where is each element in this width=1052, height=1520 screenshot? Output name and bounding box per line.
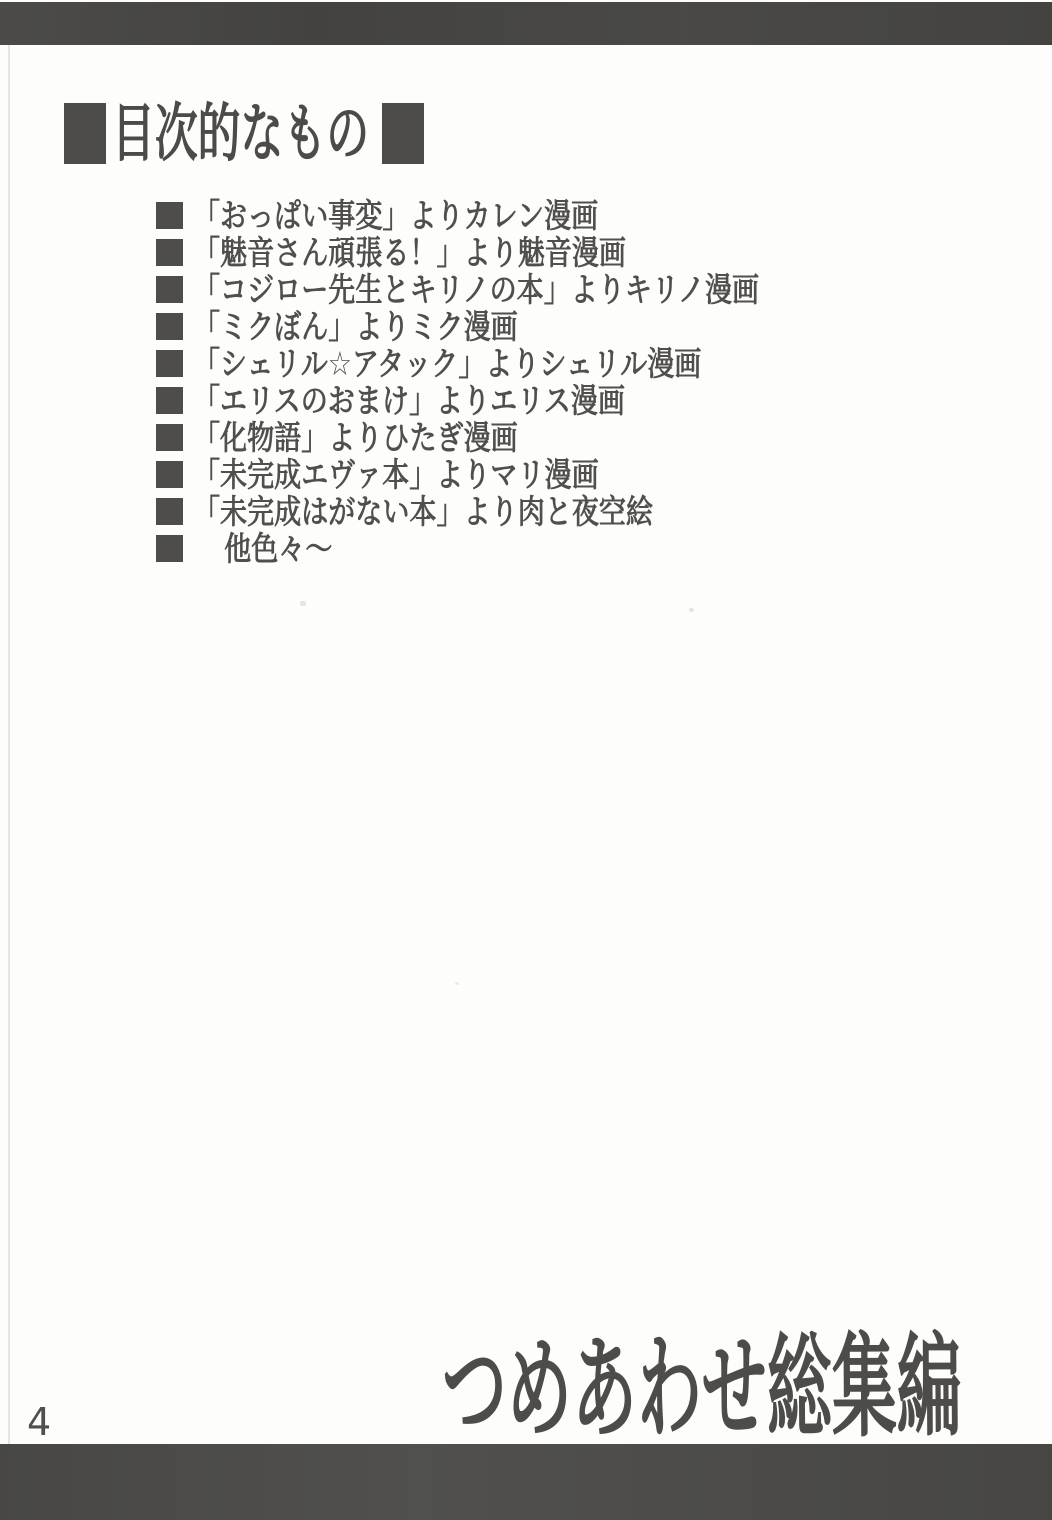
toc-item: 「未完成エヴァ本」よりマリ漫画 [156,457,883,494]
bullet-square-icon [156,498,183,525]
toc-item: 「おっぱい事変」よりカレン漫画 [156,198,883,235]
toc-item-label: 「未完成はがない本」より肉と夜空絵 [193,494,653,530]
scan-artifact-speck [689,608,694,612]
toc-item-label: 「魅音さん頑張る！」より魅音漫画 [193,235,626,271]
page-heading: 目次的なもの [64,103,424,164]
scan-artifact-speck [455,982,459,985]
toc-item-label: 「シェリル☆アタック」よりシェリル漫画 [193,346,701,382]
page-title: 目次的なもの [112,103,369,164]
bullet-square-icon [156,239,183,266]
toc-item: 「エリスのおまけ」よりエリス漫画 [156,383,883,420]
bullet-square-icon [156,461,183,488]
bullet-square-icon [156,424,183,451]
toc-item-label: 「ミクぼん」よりミク漫画 [193,309,518,345]
scan-border-bottom [0,1444,1052,1520]
scan-edge-line [8,45,10,1444]
heading-text-wrap: 目次的なもの [112,103,376,164]
heading-square-right-icon [382,103,424,164]
heading-square-left-icon [64,103,106,164]
toc-item-label: 「コジロー先生とキリノの本」よりキリノ漫画 [193,272,759,308]
toc-item-label: 「未完成エヴァ本」よりマリ漫画 [193,457,599,493]
volume-title: つめあわせ総集編 [442,1332,962,1446]
bullet-square-icon [156,535,183,562]
toc-item-label: 他色々～ [193,531,332,567]
toc-item-label: 「エリスのおまけ」よりエリス漫画 [193,383,625,419]
bullet-square-icon [156,387,183,414]
toc-item: 「未完成はがない本」より肉と夜空絵 [156,494,883,531]
toc-item: 他色々～ [156,531,883,568]
bullet-square-icon [156,350,183,377]
bullet-square-icon [156,313,183,340]
toc-item: 「コジロー先生とキリノの本」よりキリノ漫画 [156,272,883,309]
toc-item: 「シェリル☆アタック」よりシェリル漫画 [156,346,883,383]
table-of-contents: 「おっぱい事変」よりカレン漫画 「魅音さん頑張る！」より魅音漫画 「コジロー先生… [156,198,883,568]
page-number: 4 [27,1402,51,1442]
toc-item: 「ミクぼん」よりミク漫画 [156,309,883,346]
toc-item: 「化物語」よりひたぎ漫画 [156,420,883,457]
toc-item-label: 「化物語」よりひたぎ漫画 [193,420,518,456]
scan-artifact-speck [300,601,306,606]
bullet-square-icon [156,276,183,303]
toc-item-label: 「おっぱい事変」よりカレン漫画 [193,198,598,234]
bullet-square-icon [156,202,183,229]
scanned-page: 目次的なもの 「おっぱい事変」よりカレン漫画 「魅音さん頑張る！」より魅音漫画 … [0,0,1052,1520]
scan-border-top [0,2,1052,45]
toc-item: 「魅音さん頑張る！」より魅音漫画 [156,235,883,272]
